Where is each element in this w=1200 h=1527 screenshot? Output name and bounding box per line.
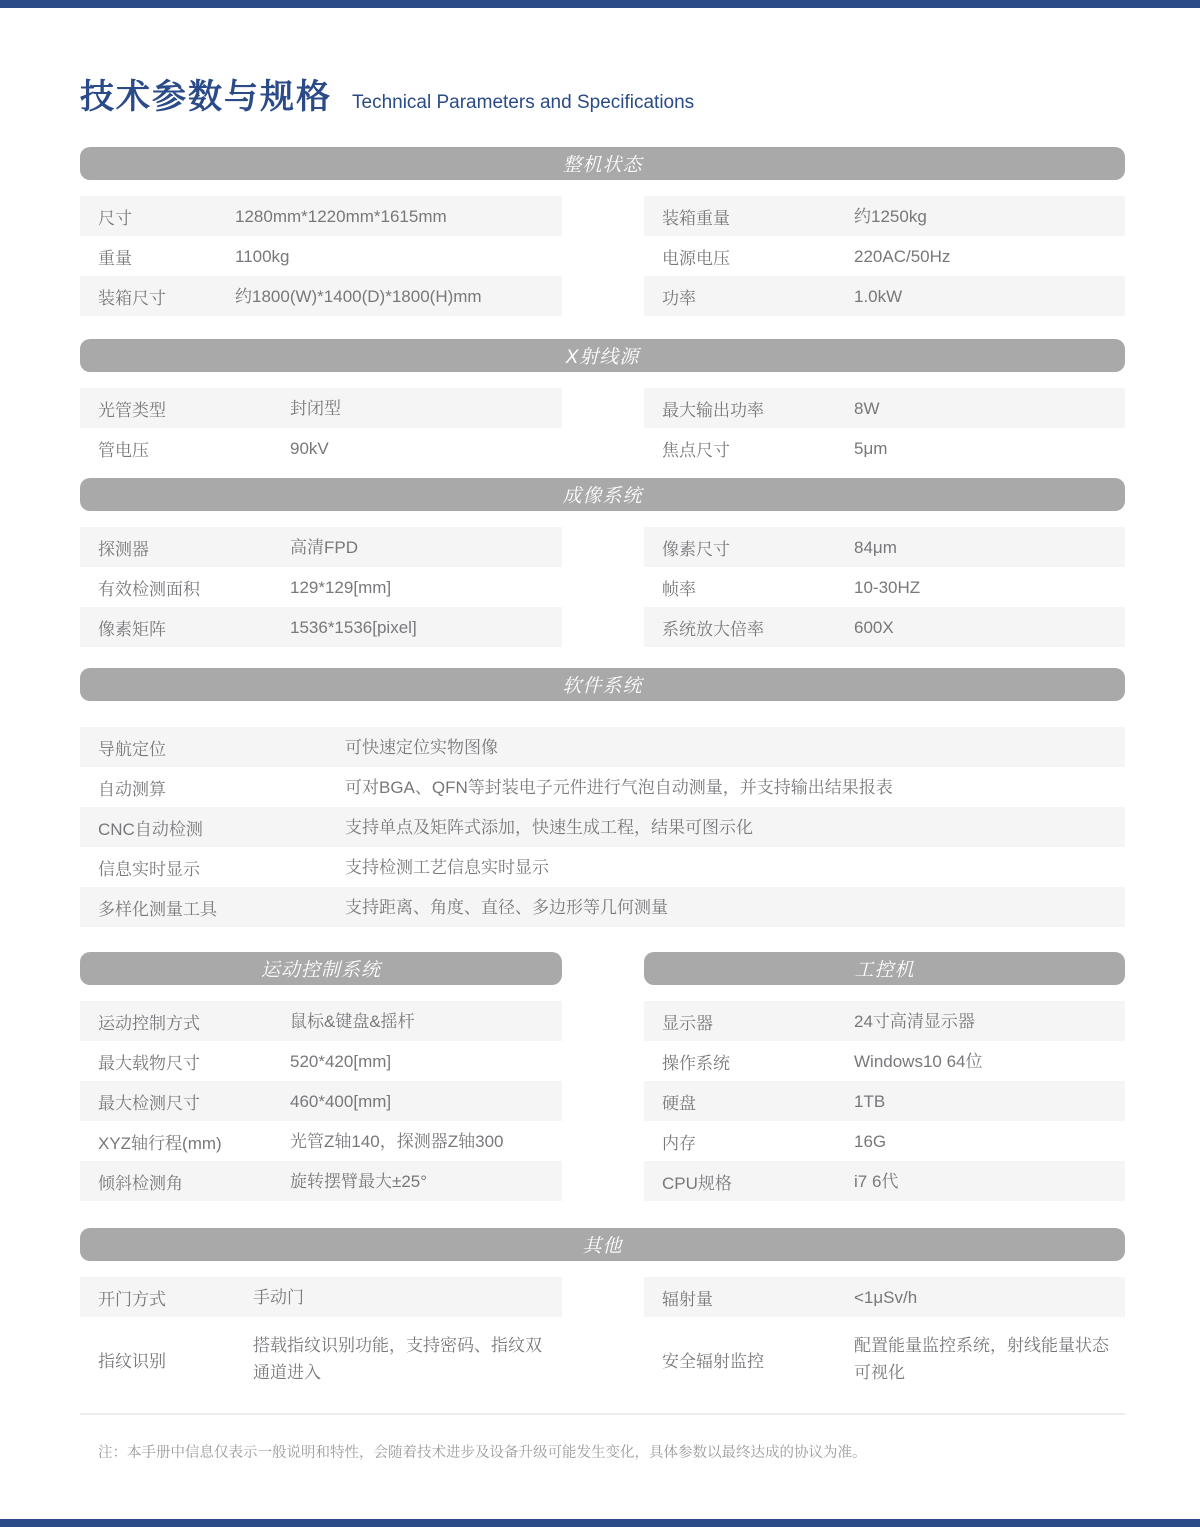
spec-label: 最大输出功率 <box>662 396 854 421</box>
spec-label: 倾斜检测角 <box>98 1169 290 1194</box>
spec-value: 光管Z轴140，探测器Z轴300 <box>290 1128 552 1155</box>
spec-value: 1536*1536[pixel] <box>290 614 552 641</box>
spec-value: 搭载指纹识别功能，支持密码、指纹双通道进入 <box>253 1332 552 1386</box>
table-row: 操作系统 Windows10 64位 <box>644 1041 1125 1081</box>
ipc-table: 显示器 24寸高清显示器 操作系统 Windows10 64位 硬盘 1TB 内… <box>644 1001 1125 1201</box>
xray-table-left: 光管类型 封闭型 管电压 90kV <box>80 388 562 468</box>
section-header-motion: 运动控制系统 <box>80 952 562 985</box>
table-row: CNC自动检测 支持单点及矩阵式添加，快速生成工程，结果可图示化 <box>80 807 1125 847</box>
spec-value: 460*400[mm] <box>290 1088 552 1115</box>
section-header-imaging: 成像系统 <box>80 478 1125 511</box>
spec-value: 支持单点及矩阵式添加，快速生成工程，结果可图示化 <box>345 814 1115 841</box>
spec-label: 开门方式 <box>98 1285 253 1310</box>
software-table: 导航定位 可快速定位实物图像 自动测算 可对BGA、QFN等封装电子元件进行气泡… <box>80 727 1125 927</box>
table-row: 最大输出功率 8W <box>644 388 1125 428</box>
spec-value: 封闭型 <box>290 395 552 422</box>
spec-value: 旋转摆臂最大±25° <box>290 1168 552 1195</box>
spec-label: 多样化测量工具 <box>98 895 345 920</box>
spec-label: 安全辐射监控 <box>662 1347 854 1372</box>
spec-label: 探测器 <box>98 535 290 560</box>
section-header-xray: X射线源 <box>80 339 1125 372</box>
motion-ipc-tables: 运动控制方式 鼠标&键盘&摇杆 最大载物尺寸 520*420[mm] 最大检测尺… <box>80 1001 1125 1201</box>
spec-label: 功率 <box>662 284 854 309</box>
spec-value: 约1800(W)*1400(D)*1800(H)mm <box>235 283 552 310</box>
spec-value: 129*129[mm] <box>290 574 552 601</box>
table-row: 自动测算 可对BGA、QFN等封装电子元件进行气泡自动测量，并支持输出结果报表 <box>80 767 1125 807</box>
spec-label: 最大载物尺寸 <box>98 1049 290 1074</box>
spec-label: XYZ轴行程(mm) <box>98 1129 290 1154</box>
bottom-accent-bar <box>0 1519 1200 1527</box>
spec-label: 电源电压 <box>662 244 854 269</box>
footer-divider <box>80 1413 1125 1415</box>
spec-label: 装箱重量 <box>662 204 854 229</box>
spec-value: Windows10 64位 <box>854 1048 1115 1075</box>
table-row: 尺寸 1280mm*1220mm*1615mm <box>80 196 562 236</box>
spec-label: 像素尺寸 <box>662 535 854 560</box>
spec-value: 可快速定位实物图像 <box>345 734 1115 761</box>
spec-value: <1μSv/h <box>854 1284 1115 1311</box>
table-row: 显示器 24寸高清显示器 <box>644 1001 1125 1041</box>
table-row: 硬盘 1TB <box>644 1081 1125 1121</box>
table-row: 内存 16G <box>644 1121 1125 1161</box>
imaging-table: 探测器 高清FPD 有效检测面积 129*129[mm] 像素矩阵 1536*1… <box>80 527 1125 647</box>
table-row: 装箱重量 约1250kg <box>644 196 1125 236</box>
table-row: 电源电压 220AC/50Hz <box>644 236 1125 276</box>
spec-label: 辐射量 <box>662 1285 854 1310</box>
section-title-motion: 运动控制系统 <box>261 955 381 982</box>
spec-label: 最大检测尺寸 <box>98 1089 290 1114</box>
table-row: 有效检测面积 129*129[mm] <box>80 567 562 607</box>
page-title: 技术参数与规格 <box>80 78 332 116</box>
spec-value: 1TB <box>854 1088 1115 1115</box>
section-header-ipc-wrap: 工控机 <box>644 952 1125 985</box>
spec-label: 自动测算 <box>98 775 345 800</box>
spec-value: 配置能量监控系统，射线能量状态可视化 <box>854 1332 1115 1386</box>
section-header-machine: 整机状态 <box>80 147 1125 180</box>
table-row: 像素尺寸 84μm <box>644 527 1125 567</box>
spec-label: 导航定位 <box>98 735 345 760</box>
spec-value: 1.0kW <box>854 283 1115 310</box>
section-title-imaging: 成像系统 <box>562 481 642 508</box>
page-title-block: 技术参数与规格 Technical Parameters and Specifi… <box>80 78 1125 116</box>
xray-table-right: 最大输出功率 8W 焦点尺寸 5μm <box>644 388 1125 468</box>
dual-section-headers: 运动控制系统 工控机 <box>80 952 1125 985</box>
table-row: 信息实时显示 支持检测工艺信息实时显示 <box>80 847 1125 887</box>
table-row: 光管类型 封闭型 <box>80 388 562 428</box>
spec-value: 84μm <box>854 534 1115 561</box>
spec-label: 装箱尺寸 <box>98 284 235 309</box>
spec-label: CPU规格 <box>662 1169 854 1194</box>
spec-label: CNC自动检测 <box>98 815 345 840</box>
spec-value: 1100kg <box>235 243 552 270</box>
spec-label: 指纹识别 <box>98 1347 253 1372</box>
machine-table-left: 尺寸 1280mm*1220mm*1615mm 重量 1100kg 装箱尺寸 约… <box>80 196 562 316</box>
spec-label: 硬盘 <box>662 1089 854 1114</box>
spec-label: 信息实时显示 <box>98 855 345 880</box>
page-subtitle: Technical Parameters and Specifications <box>352 92 694 114</box>
spec-label: 帧率 <box>662 575 854 600</box>
table-row: 辐射量 <1μSv/h <box>644 1277 1125 1317</box>
table-row: XYZ轴行程(mm) 光管Z轴140，探测器Z轴300 <box>80 1121 562 1161</box>
spec-value: 鼠标&键盘&摇杆 <box>290 1008 552 1035</box>
section-title-other: 其他 <box>582 1231 622 1258</box>
section-title-xray: X射线源 <box>566 342 640 369</box>
other-table-right: 辐射量 <1μSv/h 安全辐射监控 配置能量监控系统，射线能量状态可视化 <box>644 1277 1125 1401</box>
spec-page-content: 技术参数与规格 Technical Parameters and Specifi… <box>80 8 1125 1462</box>
spec-value: 支持检测工艺信息实时显示 <box>345 854 1115 881</box>
section-header-ipc: 工控机 <box>644 952 1125 985</box>
section-header-motion-wrap: 运动控制系统 <box>80 952 562 985</box>
spec-label: 焦点尺寸 <box>662 436 854 461</box>
table-row: CPU规格 i7 6代 <box>644 1161 1125 1201</box>
spec-value: 5μm <box>854 435 1115 462</box>
spec-label: 系统放大倍率 <box>662 615 854 640</box>
spec-value: 手动门 <box>253 1284 552 1311</box>
table-row: 管电压 90kV <box>80 428 562 468</box>
motion-table: 运动控制方式 鼠标&键盘&摇杆 最大载物尺寸 520*420[mm] 最大检测尺… <box>80 1001 562 1201</box>
spec-value: 90kV <box>290 435 552 462</box>
table-row: 焦点尺寸 5μm <box>644 428 1125 468</box>
table-row: 运动控制方式 鼠标&键盘&摇杆 <box>80 1001 562 1041</box>
table-row: 安全辐射监控 配置能量监控系统，射线能量状态可视化 <box>644 1317 1125 1401</box>
spec-label: 内存 <box>662 1129 854 1154</box>
spec-value: 16G <box>854 1128 1115 1155</box>
table-row: 开门方式 手动门 <box>80 1277 562 1317</box>
table-row: 装箱尺寸 约1800(W)*1400(D)*1800(H)mm <box>80 276 562 316</box>
spec-value: 600X <box>854 614 1115 641</box>
spec-label: 运动控制方式 <box>98 1009 290 1034</box>
spec-label: 重量 <box>98 244 235 269</box>
section-title-ipc: 工控机 <box>854 955 914 982</box>
section-title-machine: 整机状态 <box>562 150 642 177</box>
xray-table: 光管类型 封闭型 管电压 90kV 最大输出功率 8W 焦点尺寸 5μm <box>80 388 1125 468</box>
machine-table-right: 装箱重量 约1250kg 电源电压 220AC/50Hz 功率 1.0kW <box>644 196 1125 316</box>
machine-table: 尺寸 1280mm*1220mm*1615mm 重量 1100kg 装箱尺寸 约… <box>80 196 1125 316</box>
spec-value: 220AC/50Hz <box>854 243 1115 270</box>
spec-value: 10-30HZ <box>854 574 1115 601</box>
spec-label: 光管类型 <box>98 396 290 421</box>
section-header-software: 软件系统 <box>80 668 1125 701</box>
spec-value: 8W <box>854 395 1115 422</box>
spec-label: 尺寸 <box>98 204 235 229</box>
table-row: 导航定位 可快速定位实物图像 <box>80 727 1125 767</box>
table-row: 帧率 10-30HZ <box>644 567 1125 607</box>
section-header-other: 其他 <box>80 1228 1125 1261</box>
spec-value: 24寸高清显示器 <box>854 1008 1115 1035</box>
table-row: 指纹识别 搭载指纹识别功能，支持密码、指纹双通道进入 <box>80 1317 562 1401</box>
footer-note: 注：本手册中信息仅表示一般说明和特性，会随着技术进步及设备升级可能发生变化，具体… <box>80 1441 1125 1462</box>
imaging-table-right: 像素尺寸 84μm 帧率 10-30HZ 系统放大倍率 600X <box>644 527 1125 647</box>
table-row: 重量 1100kg <box>80 236 562 276</box>
table-row: 最大检测尺寸 460*400[mm] <box>80 1081 562 1121</box>
spec-value: 可对BGA、QFN等封装电子元件进行气泡自动测量，并支持输出结果报表 <box>345 774 1115 801</box>
imaging-table-left: 探测器 高清FPD 有效检测面积 129*129[mm] 像素矩阵 1536*1… <box>80 527 562 647</box>
section-title-software: 软件系统 <box>562 671 642 698</box>
other-table-left: 开门方式 手动门 指纹识别 搭载指纹识别功能，支持密码、指纹双通道进入 <box>80 1277 562 1401</box>
spec-label: 显示器 <box>662 1009 854 1034</box>
spec-label: 管电压 <box>98 436 290 461</box>
table-row: 像素矩阵 1536*1536[pixel] <box>80 607 562 647</box>
spec-value: i7 6代 <box>854 1168 1115 1195</box>
table-row: 多样化测量工具 支持距离、角度、直径、多边形等几何测量 <box>80 887 1125 927</box>
table-row: 功率 1.0kW <box>644 276 1125 316</box>
spec-value: 520*420[mm] <box>290 1048 552 1075</box>
spec-label: 像素矩阵 <box>98 615 290 640</box>
other-table: 开门方式 手动门 指纹识别 搭载指纹识别功能，支持密码、指纹双通道进入 辐射量 … <box>80 1277 1125 1401</box>
table-row: 探测器 高清FPD <box>80 527 562 567</box>
top-accent-bar <box>0 0 1200 8</box>
spec-value: 约1250kg <box>854 203 1115 230</box>
spec-value: 支持距离、角度、直径、多边形等几何测量 <box>345 894 1115 921</box>
table-row: 倾斜检测角 旋转摆臂最大±25° <box>80 1161 562 1201</box>
table-row: 最大载物尺寸 520*420[mm] <box>80 1041 562 1081</box>
spec-label: 操作系统 <box>662 1049 854 1074</box>
table-row: 系统放大倍率 600X <box>644 607 1125 647</box>
spec-value: 高清FPD <box>290 534 552 561</box>
spec-value: 1280mm*1220mm*1615mm <box>235 203 552 230</box>
spec-label: 有效检测面积 <box>98 575 290 600</box>
